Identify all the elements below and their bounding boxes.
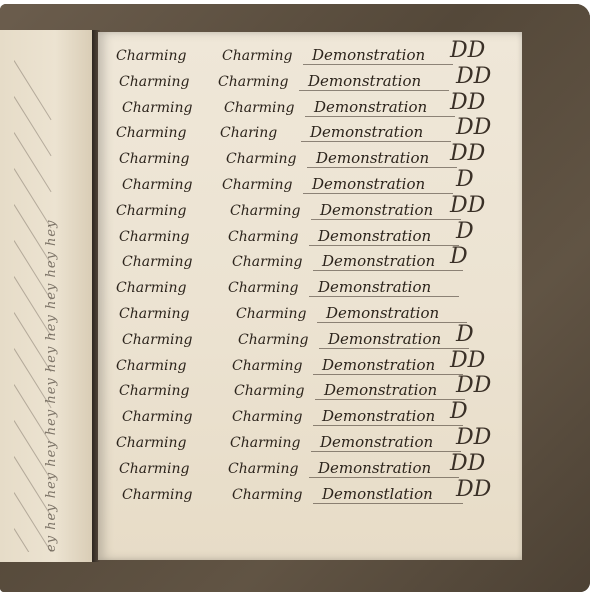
underline-flourish xyxy=(313,503,463,504)
word-col1: Charming xyxy=(119,151,190,167)
word-col3: Demonstration xyxy=(324,381,437,399)
word-col3: Demonstration xyxy=(320,433,433,451)
word-col1: Charming xyxy=(122,487,193,503)
word-col2: Charming xyxy=(232,254,303,270)
underline-flourish xyxy=(303,64,453,65)
word-col3: Demonstration xyxy=(318,278,431,296)
underline-flourish xyxy=(307,167,457,168)
word-col1: Charming xyxy=(116,358,187,374)
word-col3: Demonstration xyxy=(318,227,431,245)
word-col3: Demonstration xyxy=(310,123,423,141)
underline-flourish xyxy=(311,219,461,220)
capital-d-practice: DD xyxy=(450,141,485,166)
capital-d-practice: DD xyxy=(450,38,485,63)
word-col3: Demonstration xyxy=(308,72,421,90)
underline-flourish xyxy=(305,116,455,117)
word-col1: Charming xyxy=(122,177,193,193)
word-col1: Charming xyxy=(122,254,193,270)
word-col1: Charming xyxy=(122,332,193,348)
underline-flourish xyxy=(303,193,453,194)
word-col1: Charming xyxy=(116,203,187,219)
underline-flourish xyxy=(311,451,461,452)
word-col3: Demonstration xyxy=(326,304,439,322)
word-col1: Charming xyxy=(116,48,187,64)
word-col2: Charming xyxy=(236,306,307,322)
capital-d-practice: DD xyxy=(450,90,485,115)
word-col2: Charming xyxy=(232,358,303,374)
word-col1: Charming xyxy=(116,435,187,451)
capital-d-practice: DD xyxy=(456,425,491,450)
word-col1: Charming xyxy=(116,280,187,296)
underline-flourish xyxy=(317,322,467,323)
underline-flourish xyxy=(309,296,459,297)
word-col2: Charming xyxy=(228,461,299,477)
word-col2: Charming xyxy=(226,151,297,167)
copy-rows: Charming Charming Demonstration DD Charm… xyxy=(98,32,522,560)
capital-d-practice: DD xyxy=(456,373,491,398)
underline-flourish xyxy=(309,245,459,246)
underline-flourish xyxy=(309,477,459,478)
word-col3: Demonstration xyxy=(322,356,435,374)
capital-d-practice: DD xyxy=(456,477,491,502)
left-page-script: ey hey hey hey hey hey hey hey hey hey h… xyxy=(14,40,80,552)
underline-flourish xyxy=(313,425,463,426)
left-page: ey hey hey hey hey hey hey hey hey hey h… xyxy=(0,30,94,562)
capital-d-practice: DD xyxy=(456,115,491,140)
copy-row: Charming Charming Demonstration D xyxy=(98,250,522,276)
underline-flourish xyxy=(319,348,469,349)
word-col2: Charming xyxy=(230,203,301,219)
word-col3: Demonstration xyxy=(322,407,435,425)
word-col3: Demonstration xyxy=(328,330,441,348)
capital-d-practice: DD xyxy=(456,64,491,89)
capital-d-practice: DD xyxy=(450,193,485,218)
word-col3: Demonstration xyxy=(312,175,425,193)
word-col2: Charming xyxy=(234,383,305,399)
underline-flourish xyxy=(315,399,465,400)
capital-d-practice: D xyxy=(450,244,468,269)
word-col2: Charming xyxy=(232,487,303,503)
word-col2: Charming xyxy=(222,48,293,64)
word-col2: Charming xyxy=(222,177,293,193)
word-col2: Charing xyxy=(220,125,277,141)
word-col3: Demonstration xyxy=(320,201,433,219)
word-col2: Charming xyxy=(238,332,309,348)
word-col3: Demonstration xyxy=(316,149,429,167)
capital-d-practice: D xyxy=(456,167,474,192)
capital-d-practice: DD xyxy=(450,348,485,373)
copy-row: Charming Charming Demonstration xyxy=(98,276,522,302)
word-col3: Demonstration xyxy=(322,252,435,270)
word-col2: Charming xyxy=(228,229,299,245)
word-col3: Demonstlation xyxy=(322,485,433,503)
capital-d-practice: D xyxy=(450,399,468,424)
word-col1: Charming xyxy=(119,229,190,245)
word-col1: Charming xyxy=(119,306,190,322)
word-col2: Charming xyxy=(224,100,295,116)
capital-d-practice: DD xyxy=(450,451,485,476)
word-col3: Demonstration xyxy=(318,459,431,477)
underline-flourish xyxy=(299,90,449,91)
word-col3: Demonstration xyxy=(314,98,427,116)
copy-row: Charming Charming Demonstlation DD xyxy=(98,483,522,509)
capital-d-practice: D xyxy=(456,219,474,244)
word-col3: Demonstration xyxy=(312,46,425,64)
right-page: Charming Charming Demonstration DD Charm… xyxy=(98,32,522,560)
word-col1: Charming xyxy=(122,409,193,425)
word-col1: Charming xyxy=(116,125,187,141)
word-col1: Charming xyxy=(119,461,190,477)
word-col2: Charming xyxy=(218,74,289,90)
word-col1: Charming xyxy=(122,100,193,116)
word-col1: Charming xyxy=(119,383,190,399)
word-col2: Charming xyxy=(232,409,303,425)
word-col1: Charming xyxy=(119,74,190,90)
underline-flourish xyxy=(313,270,463,271)
capital-d-practice: D xyxy=(456,322,474,347)
word-col2: Charming xyxy=(230,435,301,451)
underline-flourish xyxy=(301,141,451,142)
underline-flourish xyxy=(313,374,463,375)
word-col2: Charming xyxy=(228,280,299,296)
